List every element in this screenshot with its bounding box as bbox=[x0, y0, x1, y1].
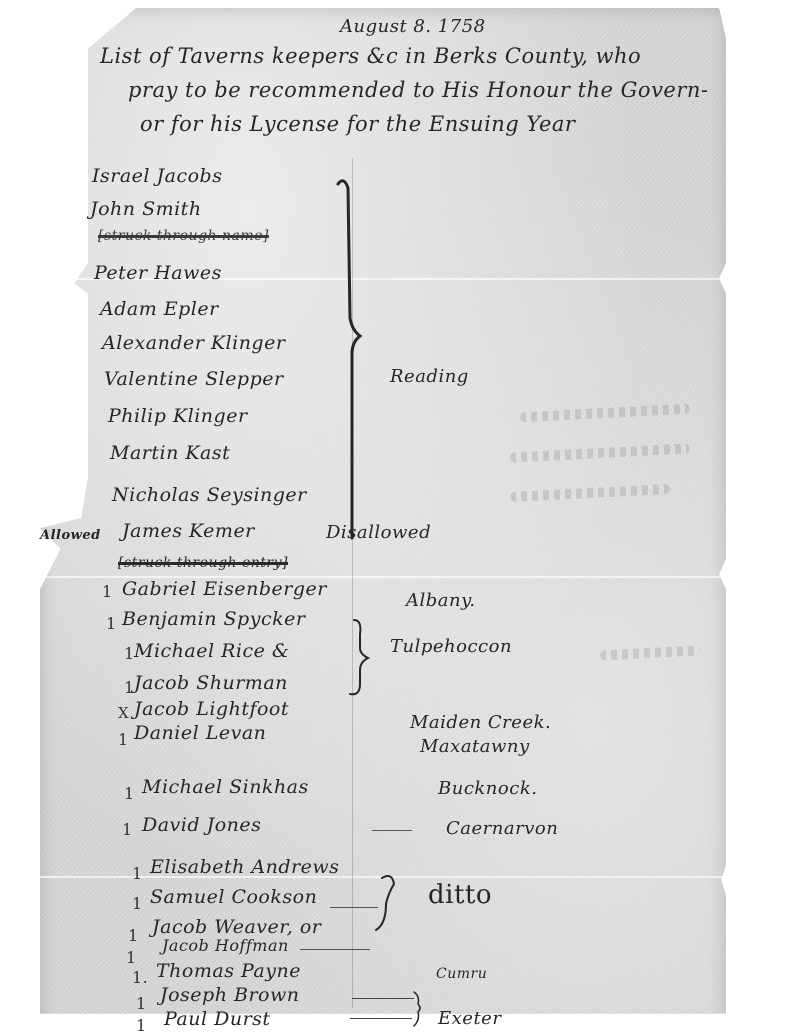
struck-list-item: [struck-through name] bbox=[98, 228, 269, 244]
list-item: Thomas Payne bbox=[156, 960, 301, 982]
tally-mark: 1 bbox=[118, 730, 129, 749]
leader-line bbox=[352, 998, 414, 999]
bleed-through-ink bbox=[520, 404, 690, 423]
place-label: Tulpehoccon bbox=[390, 636, 512, 657]
exeter-brace-icon bbox=[410, 990, 430, 1030]
list-item: Paul Durst bbox=[164, 1008, 271, 1030]
ditto-mark: ditto bbox=[428, 880, 492, 910]
place-label: Albany. bbox=[406, 590, 476, 611]
tally-mark: 1 bbox=[122, 820, 133, 839]
list-item: Elisabeth Andrews bbox=[150, 856, 339, 878]
heading-line-1: List of Taverns keepers &c in Berks Coun… bbox=[100, 44, 641, 68]
list-item: Michael Sinkhas bbox=[142, 776, 309, 798]
group-brace-icon bbox=[372, 872, 412, 942]
status-label-disallowed: Disallowed bbox=[326, 522, 431, 543]
bleed-through-ink bbox=[510, 484, 670, 502]
place-label: Cumru bbox=[436, 966, 487, 982]
heading-line-3: or for his Lycense for the Ensuing Year bbox=[140, 112, 575, 136]
tally-mark: 1. bbox=[132, 968, 148, 987]
tally-mark: 1 bbox=[106, 614, 117, 633]
tally-mark: X bbox=[118, 704, 129, 722]
document-date: August 8. 1758 bbox=[340, 16, 486, 37]
list-item: Gabriel Eisenberger bbox=[122, 578, 327, 600]
leader-line bbox=[350, 1018, 412, 1019]
list-item: Joseph Brown bbox=[160, 984, 299, 1006]
reading-brace-icon bbox=[330, 178, 370, 538]
tally-mark: 1 bbox=[102, 582, 113, 601]
place-label: Maiden Creek. bbox=[410, 712, 551, 733]
leader-line bbox=[330, 907, 378, 908]
leader-line bbox=[300, 949, 370, 950]
bleed-through-ink bbox=[600, 645, 700, 660]
list-item: John Smith bbox=[90, 198, 202, 220]
place-label: Exeter bbox=[438, 1008, 501, 1029]
list-item: James Kemer bbox=[122, 520, 255, 542]
tally-mark: 1 bbox=[136, 1016, 147, 1035]
tally-mark: 1 bbox=[124, 784, 135, 803]
list-item: Jacob Weaver, or bbox=[152, 916, 321, 938]
list-item: Samuel Cookson bbox=[150, 886, 317, 908]
tally-mark: 1 bbox=[128, 926, 139, 945]
list-item: Nicholas Seysinger bbox=[112, 484, 307, 506]
place-label-reading: Reading bbox=[390, 366, 469, 387]
list-item: Peter Hawes bbox=[94, 262, 222, 284]
place-label: Maxatawny bbox=[420, 736, 530, 757]
list-item: Jacob Shurman bbox=[134, 672, 288, 694]
tally-mark: 1 bbox=[132, 894, 143, 913]
struck-list-item: [struck-through entry] bbox=[118, 555, 288, 571]
list-item: Benjamin Spycker bbox=[122, 608, 305, 630]
margin-note: Allowed bbox=[40, 528, 101, 543]
list-item: Daniel Levan bbox=[134, 722, 266, 744]
bleed-through-ink bbox=[510, 443, 690, 462]
place-label: Caernarvon bbox=[446, 818, 558, 839]
tally-mark: 1 bbox=[126, 948, 137, 967]
tulpehoccon-brace-icon bbox=[348, 618, 378, 698]
list-item: Jacob Lightfoot bbox=[134, 698, 289, 720]
list-item: Valentine Slepper bbox=[104, 368, 284, 390]
list-item: Israel Jacobs bbox=[92, 165, 222, 187]
tally-mark: 1 bbox=[136, 994, 147, 1013]
leader-line bbox=[372, 830, 412, 831]
list-item: Philip Klinger bbox=[108, 405, 248, 427]
place-label: Bucknock. bbox=[438, 778, 537, 799]
list-item: Adam Epler bbox=[100, 298, 219, 320]
heading-line-2: pray to be recommended to His Honour the… bbox=[128, 78, 709, 102]
list-item: Martin Kast bbox=[110, 442, 230, 464]
list-item: David Jones bbox=[142, 814, 261, 836]
list-item: Jacob Hoffman bbox=[162, 936, 289, 955]
list-item: Michael Rice & bbox=[134, 640, 289, 662]
list-item: Alexander Klinger bbox=[102, 332, 285, 354]
tally-mark: 1 bbox=[132, 864, 143, 883]
